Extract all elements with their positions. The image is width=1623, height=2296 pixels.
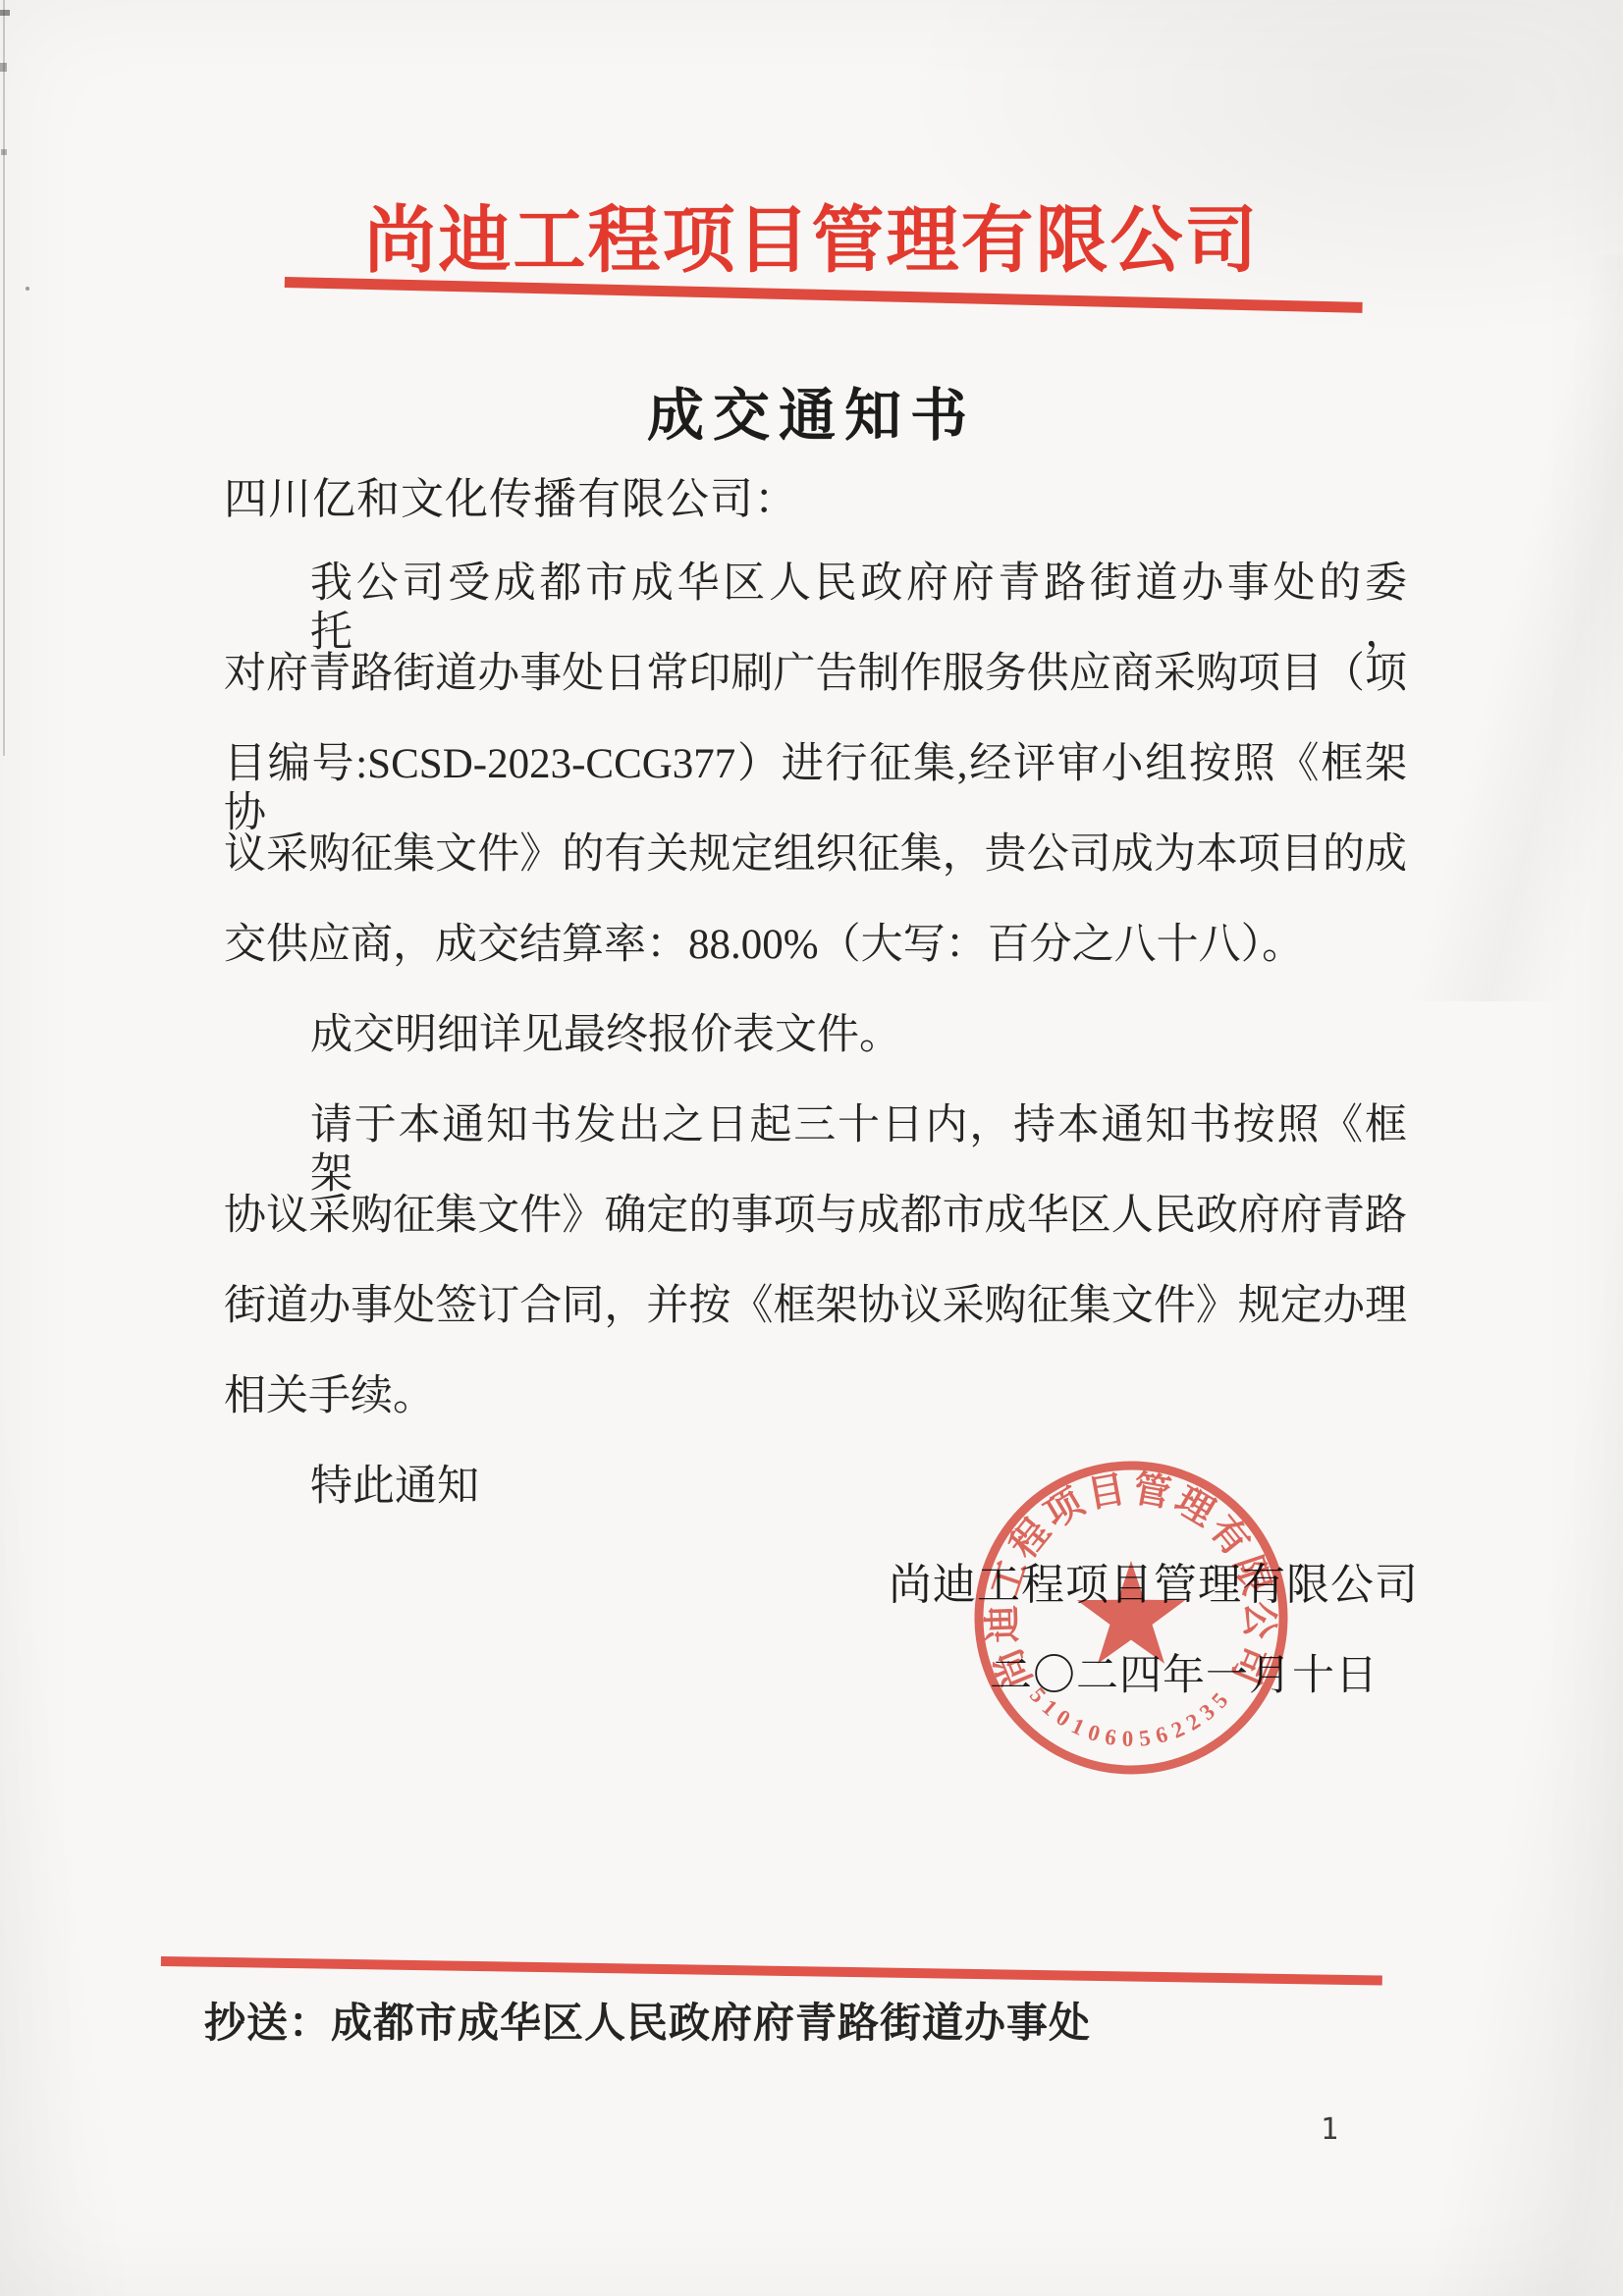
body-line: 对府青路街道办事处日常印刷广告制作服务供应商采购项目（项 [224,650,1407,699]
scan-speck [26,287,29,291]
company-seal-stamp: 尚迪工程项目管理有限公司 5101060562235 [964,1451,1298,1785]
cc-line: 抄送：成都市成华区人民政府府青路街道办事处 [204,1991,1091,2050]
body-line: 请于本通知书发出之日起三十日内，持本通知书按照《框架 [310,1101,1407,1200]
body-line: 特此通知 [310,1463,479,1512]
seal-star-icon [1077,1561,1185,1664]
scan-speck [0,63,7,72]
body-line: 协议采购征集文件》确定的事项与成都市成华区人民政府府青路 [224,1192,1407,1241]
body-line: 相关手续。 [224,1372,435,1421]
scan-speck [0,10,10,16]
body-line: 交供应商，成交结算率：88.00%（大写：百分之八十八）。 [224,921,1304,970]
body-line: 我公司受成都市成华区人民政府府青路街道办事处的委托， [310,560,1407,658]
body-line: 街道办事处签订合同，并按《框架协议采购征集文件》规定办理 [224,1282,1407,1331]
footer-rule [161,1956,1382,1986]
page-number: 1 [1321,2112,1338,2147]
body-line: 成交明细详见最终报价表文件。 [310,1011,901,1060]
svg-text:5101060562235: 5101060562235 [1025,1682,1237,1751]
letterhead-company-name: 尚迪工程项目管理有限公司 [0,183,1623,287]
body-line: 议采购征集文件》的有关规定组织征集，贵公司成为本项目的成 [224,830,1407,880]
scanned-award-notice-page: 尚迪工程项目管理有限公司 成交通知书 四川亿和文化传播有限公司： 我公司受成都市… [0,0,1623,2296]
scan-speck [1,149,7,155]
seal-serial-number: 5101060562235 [1025,1682,1237,1751]
document-title: 成交通知书 [0,369,1623,452]
addressee-line: 四川亿和文化传播有限公司： [224,463,798,526]
body-line: 目编号:SCSD-2023-CCG377）进行征集,经评审小组按照《框架协 [224,740,1407,838]
